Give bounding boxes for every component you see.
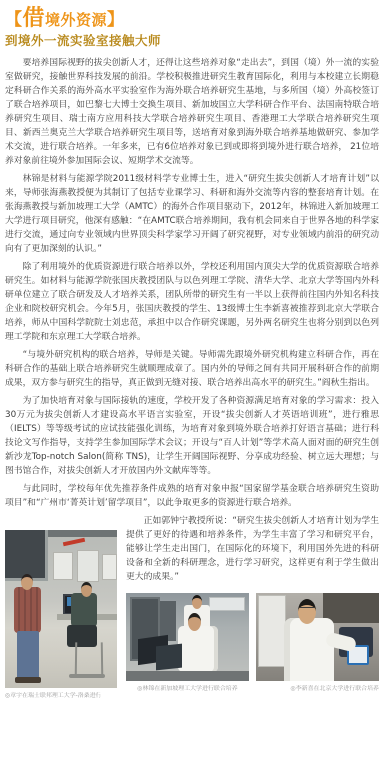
title-bracket-close: 】 [107,10,125,30]
section-title: 【借境外资源】 [5,7,379,31]
lab-photo-singapore [126,593,249,681]
photo-person [21,574,33,590]
photo-detail [69,674,105,678]
photo-detail [77,550,99,582]
photo-person [81,582,92,597]
photo-row: ◎林锦在新加坡理工大学进行联合培养 ◎李新喜在北京大学进行联合培养 [126,593,379,694]
photo-person [71,593,97,627]
photo-detail [323,593,379,623]
photo-detail [53,552,73,580]
photo-figure-singapore: ◎林锦在新加坡理工大学进行联合培养 [126,593,249,694]
article-paragraph: 要培养国际视野的拔尖创新人才，还得让这些培养对象“走出去”，到国（境）外一流的实… [5,56,379,168]
photo-caption-singapore: ◎林锦在新加坡理工大学进行联合培养 [135,684,240,693]
title-emphasis-char: 借 [23,6,46,31]
photo-detail [258,595,286,667]
photo-caption-epfl: ◎章宇在瑞士联邦理工大学-洛桑进行联合培养 [5,691,100,700]
glasses-detail [300,607,314,612]
article-page: 【借境外资源】 到境外一流实验室接触大师 要培养国际视野的拔尖创新人才，还得让这… [0,0,384,768]
title-rest: 境外资源 [45,11,107,29]
lab-photo-epfl [5,530,117,688]
photo-person [284,618,334,681]
article-paragraph: 为了加快培育对象与国际接轨的速度，学校开发了各种资源满足培育对象的学习需求：投入… [5,394,379,478]
photo-figure-epfl: ◎章宇在瑞士联邦理工大学-洛桑进行联合培养 [5,530,117,701]
photo-person [17,631,39,679]
article-title: 到境外一流实验室接触大师 [5,34,379,48]
photo-detail [102,554,117,580]
photo-caption-peking: ◎李新喜在北京大学进行联合培养 [274,684,379,693]
photo-person [192,595,202,609]
photo-figure-peking: ◎李新喜在北京大学进行联合培养 [256,593,379,694]
photo-person [188,613,201,631]
photo-detail [63,538,85,546]
article-paragraph: 除了利用境外的优质资源进行联合培养以外，学校还利用国内顶尖大学的优质资源联合培养… [5,260,379,344]
lab-photo-peking [256,593,379,681]
photo-detail [209,597,245,611]
photo-person [178,626,218,672]
article-header: 【借境外资源】 到境外一流实验室接触大师 [5,7,379,48]
photo-detail [156,644,182,671]
photo-and-quote-section: ◎章宇在瑞士联邦理工大学-洛桑进行联合培养 正如郭钟宁教授所说：“研究生拔尖创新… [5,514,379,694]
article-paragraph: 林锦是材料与能源学院2011级材料学专业博士生，进入“研究生拔尖创新人才培育计划… [5,172,379,256]
photo-detail [75,642,104,676]
article-body: 要培养国际视野的拔尖创新人才，还得让这些培养对象“走出去”，到国（境）外一流的实… [5,56,379,694]
photo-person [14,587,41,633]
article-paragraph: “与境外研究机构的联合培养，导师是关键。导师需先跟境外研究机构建立科研合作，再在… [5,348,379,390]
photo-detail [126,671,249,681]
title-bracket-open: 【 [5,10,23,30]
article-paragraph: 与此同时，学校每年优先推荐条件成熟的培育对象申报“国家留学基金联合培养研究生资助… [5,482,379,510]
photo-person [15,677,41,683]
